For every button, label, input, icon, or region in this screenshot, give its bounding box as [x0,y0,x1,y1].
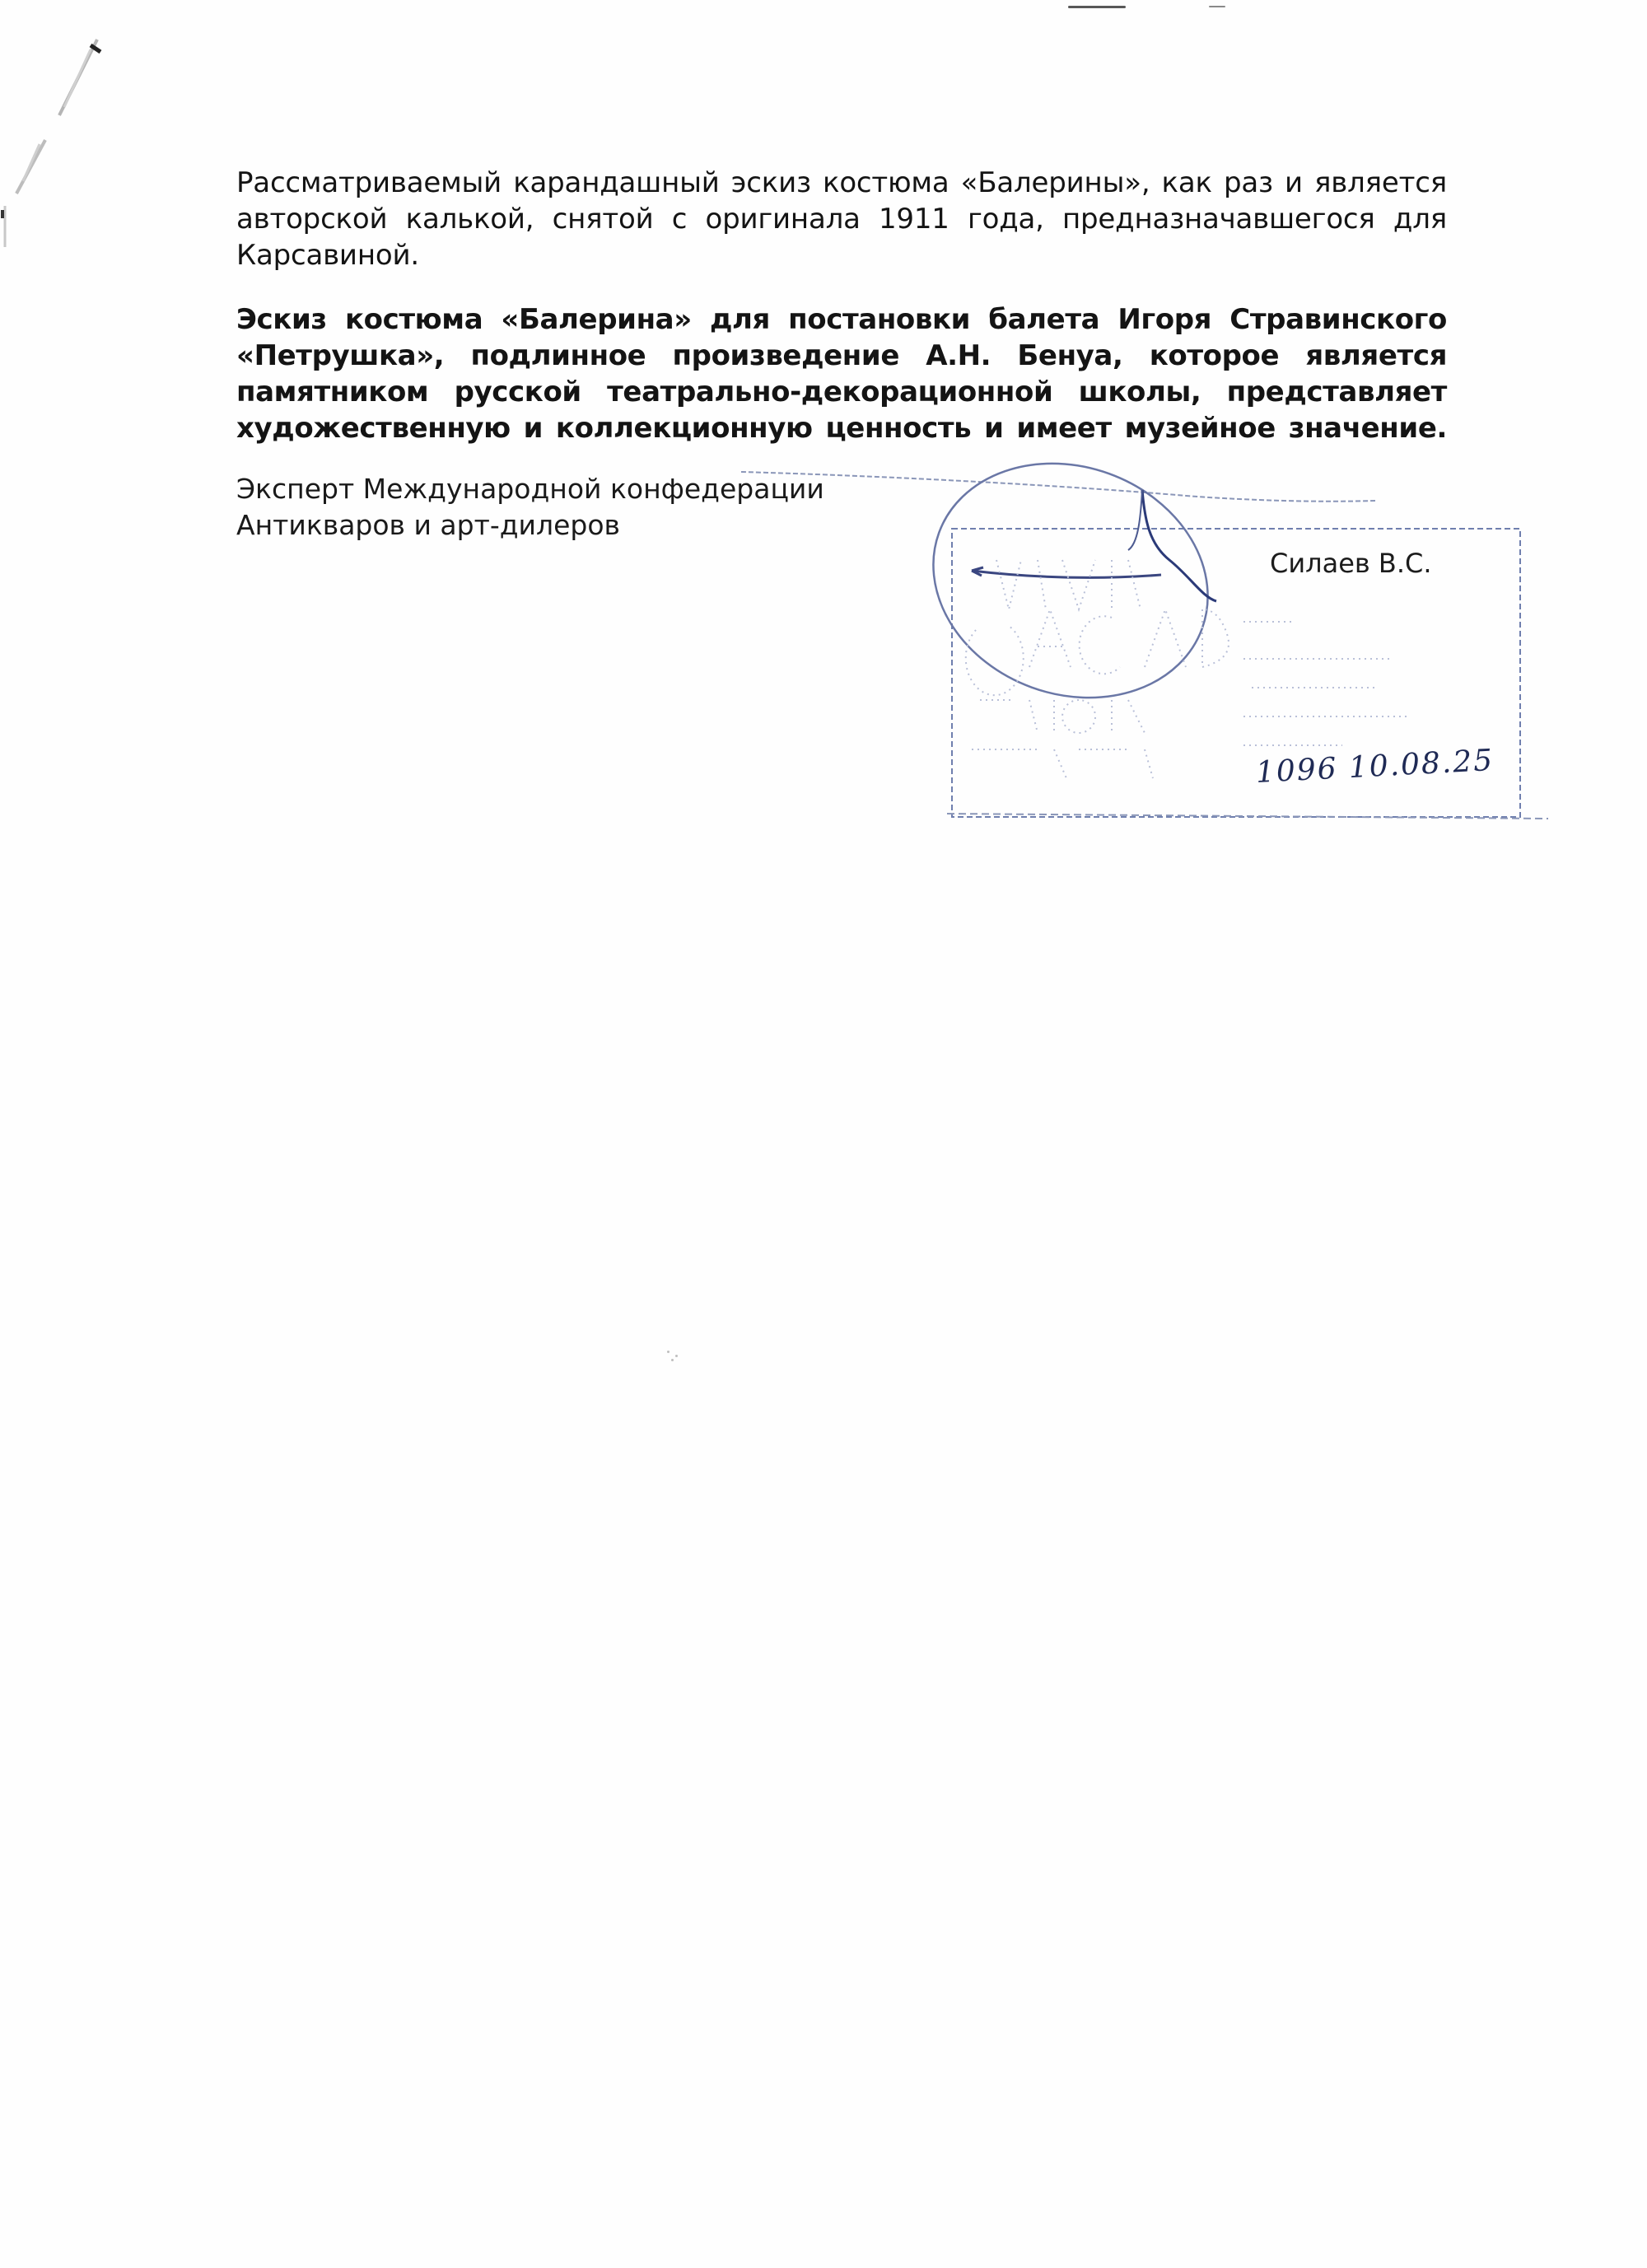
scan-artifact-top-mark [1068,6,1126,8]
paragraph-sketch-description: Рассматриваемый карандашный эскиз костюм… [236,165,1447,273]
paragraph-line: Рассматриваемый карандашный эскиз костюм… [236,165,1447,201]
document-page: Рассматриваемый карандашный эскиз костюм… [0,0,1647,2268]
paragraph-line: памятником русской театрально-декорацион… [236,374,1447,410]
paragraph-line: Эскиз костюма «Балерина» для постановки … [236,301,1447,338]
paragraph-line: Карсавиной. [236,237,1447,273]
paragraph-line: художественную и коллекционную ценность … [236,410,1447,446]
paragraph-expert-conclusion: Эскиз костюма «Балерина» для постановки … [236,301,1447,446]
paragraph-line: «Петрушка», подлинное произведение А.Н. … [236,338,1447,374]
scan-speckle [675,1355,678,1357]
paragraph-line: авторской калькой, снятой с оригинала 19… [236,201,1447,237]
scan-speckle [667,1351,670,1353]
scan-artifact-left-streak [0,0,132,247]
scan-artifact-top-mark [1209,6,1225,7]
scan-speckle [671,1359,674,1361]
signer-name: Силаев В.С. [1270,547,1432,580]
